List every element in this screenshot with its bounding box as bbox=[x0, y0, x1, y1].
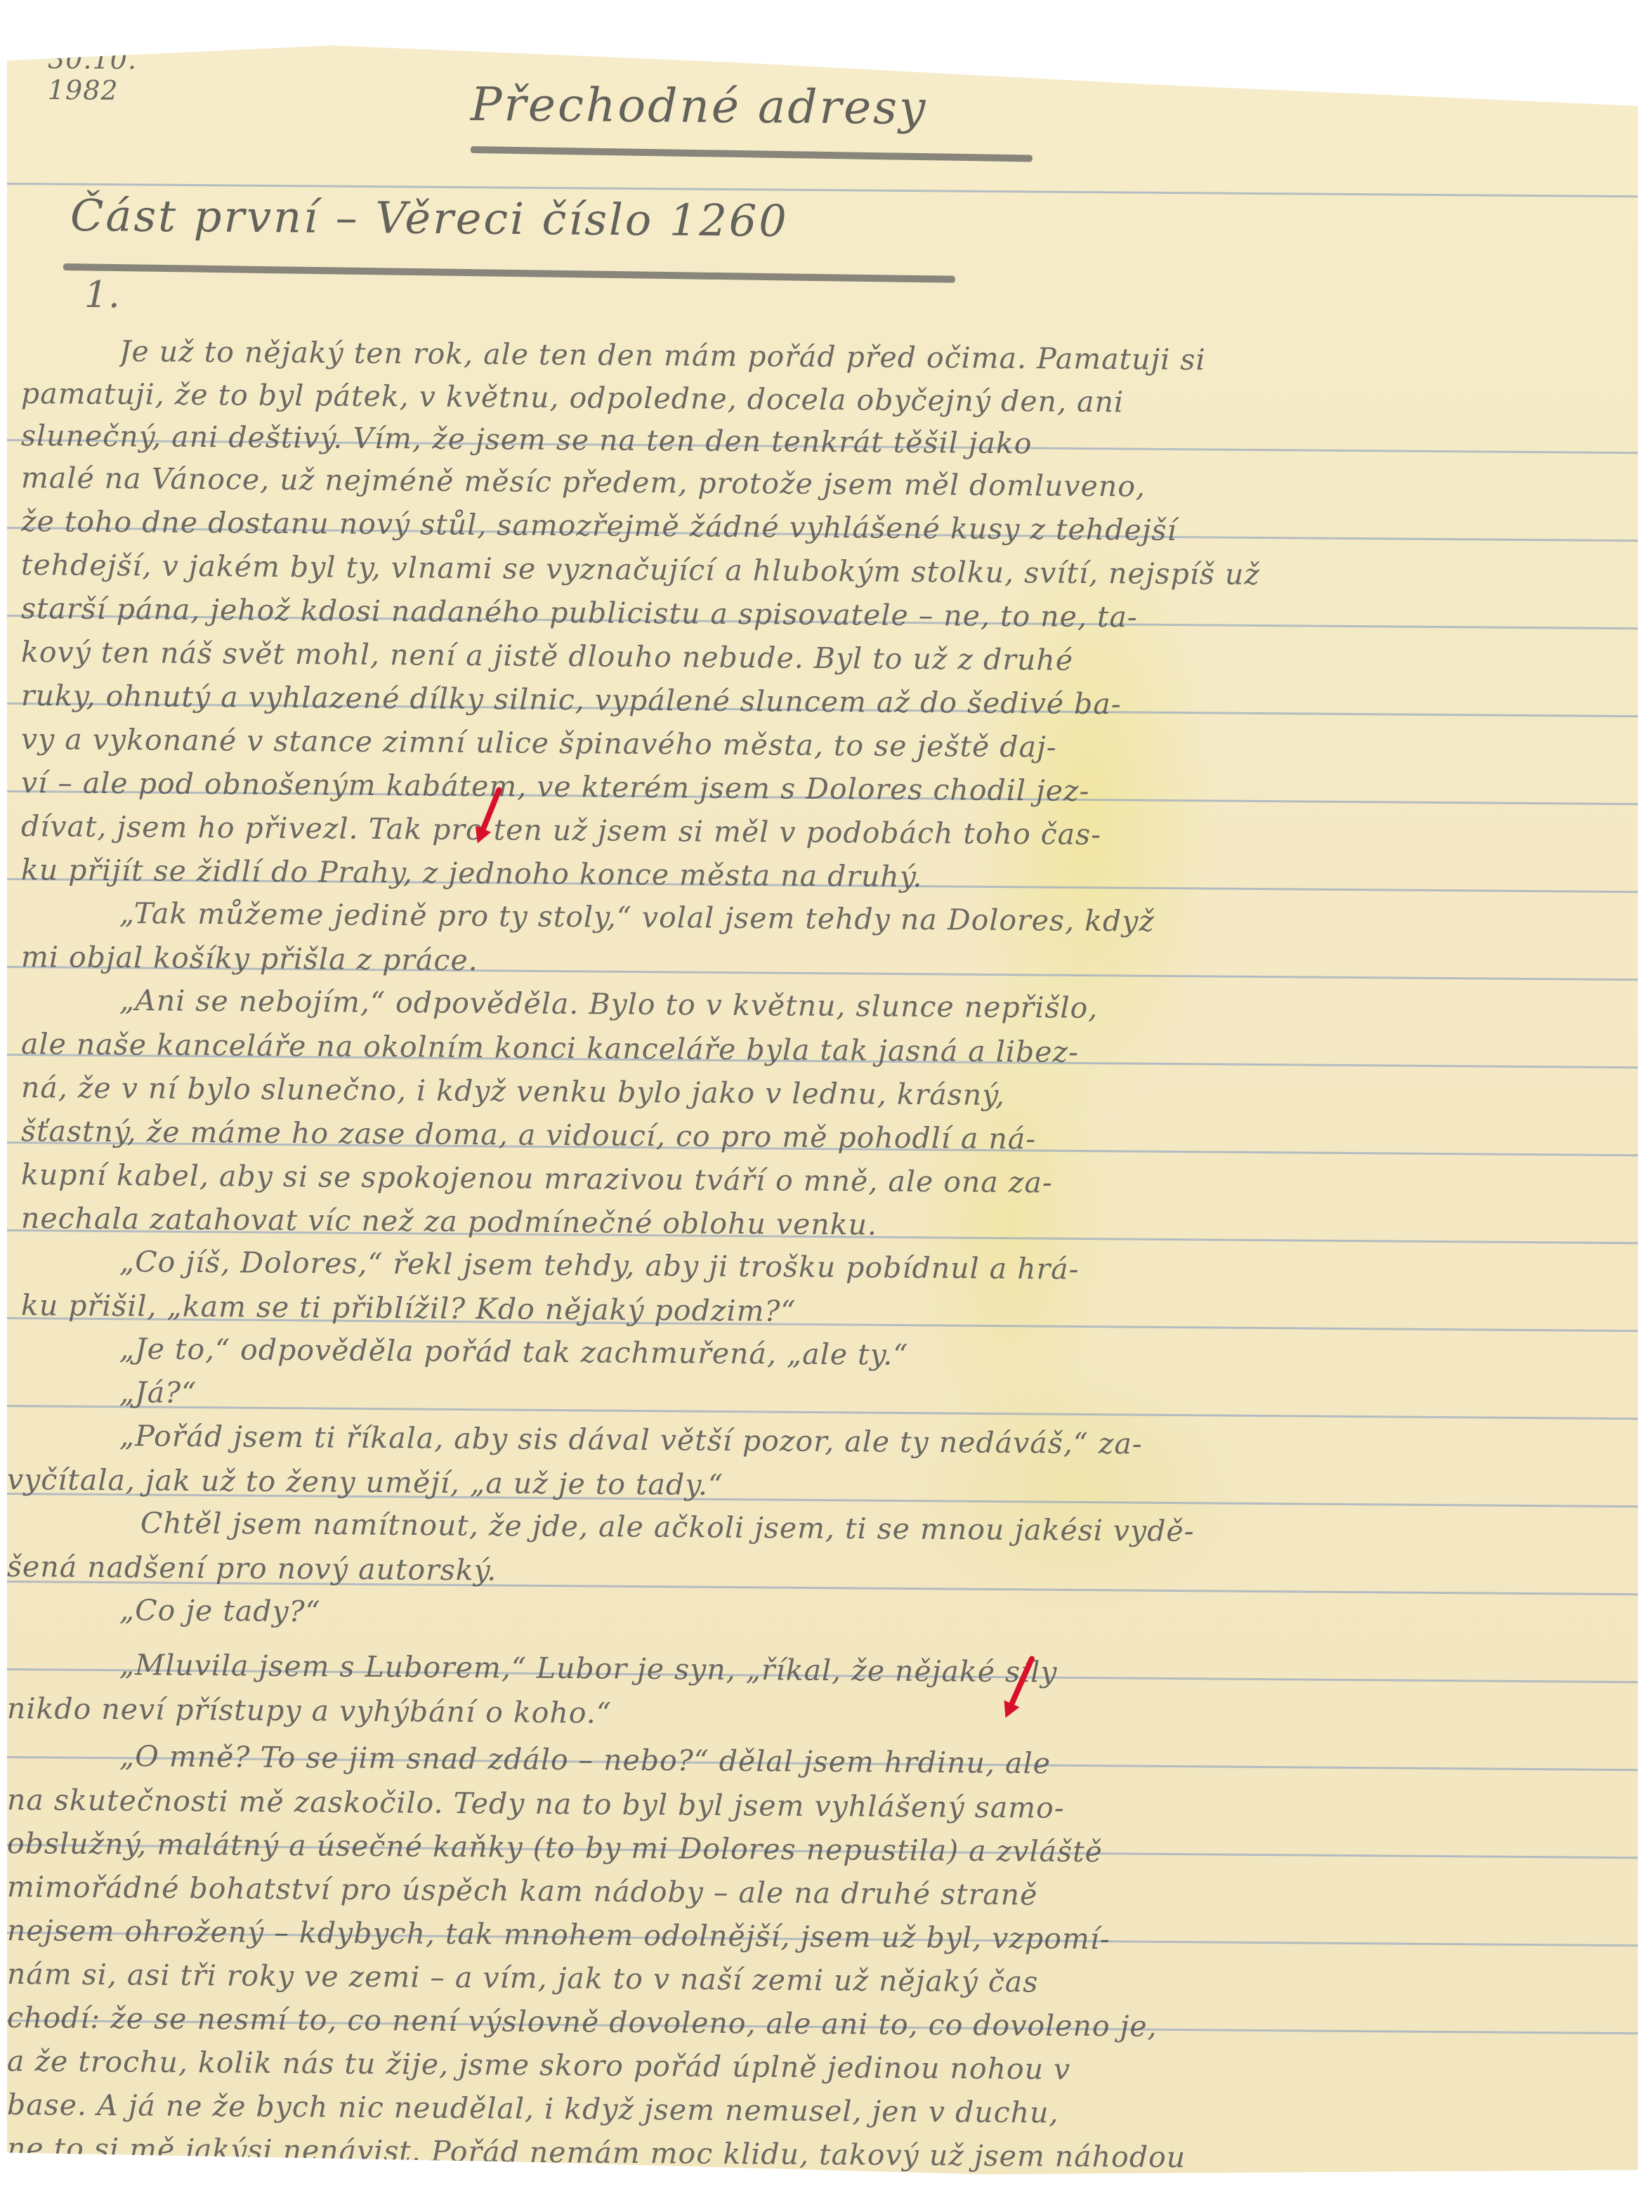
manuscript-page: 30.10. 1982 Přechodné adresy Část první … bbox=[7, 28, 1638, 2192]
subtitle-underline bbox=[63, 263, 955, 283]
manuscript-subtitle: Část první – Věreci číslo 1260 bbox=[70, 190, 789, 247]
manuscript-title: Přechodné adresy bbox=[471, 77, 928, 135]
manuscript-date: 30.10. 1982 bbox=[48, 44, 138, 106]
title-underline bbox=[471, 146, 1032, 162]
section-number: 1. bbox=[84, 274, 121, 316]
